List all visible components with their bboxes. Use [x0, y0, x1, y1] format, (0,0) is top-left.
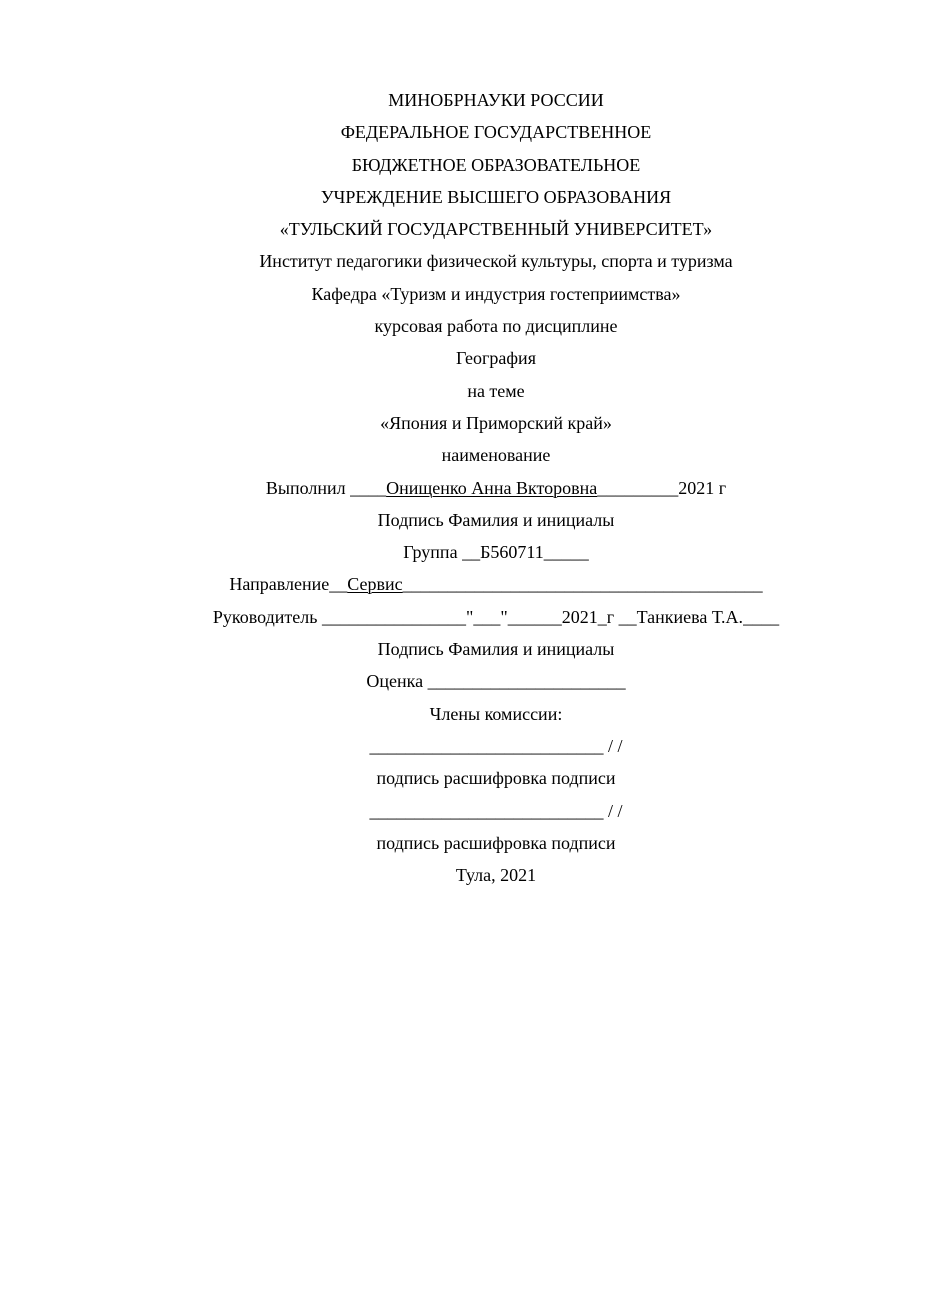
grade-label: Оценка	[366, 671, 427, 691]
author-year: 2021 г	[678, 478, 726, 498]
org-line-2: БЮДЖЕТНОЕ ОБРАЗОВАТЕЛЬНОЕ	[0, 152, 926, 184]
date-day-blank: ___	[473, 607, 500, 627]
group-label: Группа	[403, 542, 462, 562]
author-blank-after: _________	[597, 478, 678, 498]
topic-label: на теме	[0, 378, 926, 410]
author-name: Онищенко Анна Вкторовна	[386, 478, 597, 498]
university-name: «ТУЛЬСКИЙ ГОСУДАРСТВЕННЫЙ УНИВЕРСИТЕТ»	[0, 216, 926, 248]
org-line-1: ФЕДЕРАЛЬНОЕ ГОСУДАРСТВЕННОЕ	[0, 119, 926, 151]
department-name: Кафедра «Туризм и индустрия гостеприимст…	[0, 281, 926, 313]
author-label: Выполнил	[266, 478, 350, 498]
commission-member-2-line: __________________________ / /	[0, 798, 926, 830]
supervisor-name: Танкиева Т.А.	[637, 607, 743, 627]
topic-title: «Япония и Приморский край»	[0, 410, 926, 442]
commission-member-1-line: __________________________ / /	[0, 733, 926, 765]
direction-blank-before: __	[329, 574, 347, 594]
supervisor-label: Руководитель	[213, 607, 322, 627]
title-page-content: МИНОБРНАУКИ РОССИИ ФЕДЕРАЛЬНОЕ ГОСУДАРСТ…	[0, 87, 926, 894]
direction-value: Сервис	[347, 574, 402, 594]
commission-member-2-caption: подпись расшифровка подписи	[0, 830, 926, 862]
title-page: МИНОБРНАУКИ РОССИИ ФЕДЕРАЛЬНОЕ ГОСУДАРСТ…	[0, 0, 926, 1310]
supervisor-caption: Подпись Фамилия и инициалы	[0, 636, 926, 668]
group-line: Группа __Б560711_____	[0, 539, 926, 571]
supervisor-blank-after: ____	[743, 607, 779, 627]
org-line-3: УЧРЕЖДЕНИЕ ВЫСШЕГО ОБРАЗОВАНИЯ	[0, 184, 926, 216]
group-value: Б560711	[480, 542, 544, 562]
author-blank-before: ____	[350, 478, 386, 498]
grade-line: Оценка ______________________	[0, 668, 926, 700]
commission-member-1-caption: подпись расшифровка подписи	[0, 765, 926, 797]
supervisor-line: Руководитель ________________"___"______…	[0, 604, 926, 636]
supervisor-year: 2021_г	[562, 607, 619, 627]
commission-label: Члены комиссии:	[0, 701, 926, 733]
city-year: Тула, 2021	[0, 862, 926, 894]
direction-label: Направление	[229, 574, 329, 594]
direction-line: Направление__Сервис_____________________…	[0, 571, 926, 603]
direction-blank-after: ________________________________________	[403, 574, 763, 594]
commission-member-1-blank: __________________________	[369, 736, 603, 756]
group-blank-before: __	[462, 542, 480, 562]
date-month-blank: ______	[508, 607, 562, 627]
discipline-name: География	[0, 345, 926, 377]
work-type: курсовая работа по дисциплине	[0, 313, 926, 345]
date-quote-close: "	[500, 607, 507, 627]
supervisor-name-blank: __	[619, 607, 637, 627]
ministry-line: МИНОБРНАУКИ РОССИИ	[0, 87, 926, 119]
group-blank-after: _____	[544, 542, 589, 562]
author-caption: Подпись Фамилия и инициалы	[0, 507, 926, 539]
commission-member-1-slashes: / /	[603, 736, 622, 756]
supervisor-signature-blank: ________________	[322, 607, 466, 627]
institute-name: Институт педагогики физической культуры,…	[0, 248, 926, 280]
grade-blank: ______________________	[428, 671, 626, 691]
topic-caption: наименование	[0, 442, 926, 474]
commission-member-2-slashes: / /	[603, 801, 622, 821]
commission-member-2-blank: __________________________	[369, 801, 603, 821]
author-line: Выполнил ____Онищенко Анна Вкторовна____…	[0, 475, 926, 507]
